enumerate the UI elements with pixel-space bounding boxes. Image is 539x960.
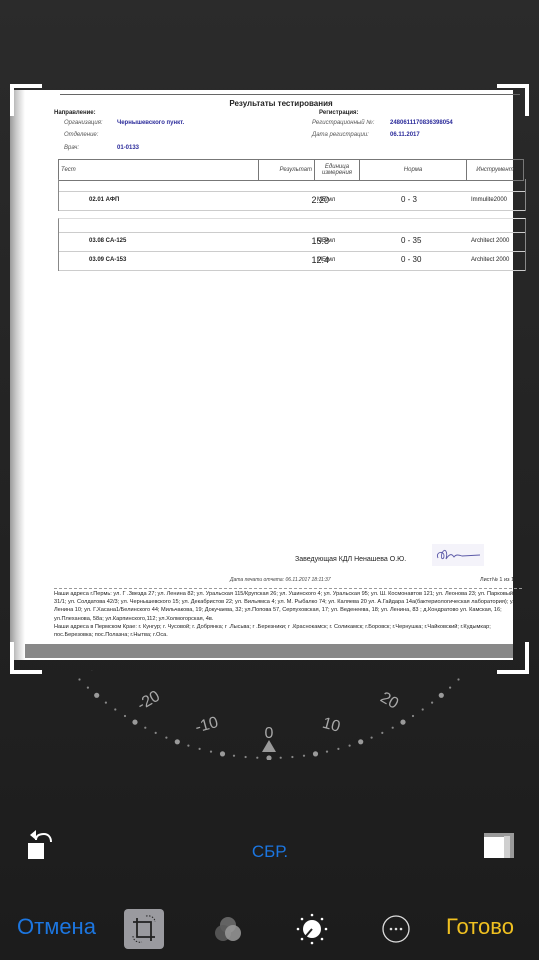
col-unit: Единица измерения <box>315 160 360 181</box>
test-unit: МЕ/мл <box>317 238 335 244</box>
rotate-icon <box>26 830 56 862</box>
table-row: 03.09 CA-153 12.4 МЕ/мл 0 - 30 Architect… <box>59 252 525 271</box>
table-row: 03.08 CA-125 15.8 МЕ/мл 0 - 35 Architect… <box>59 233 525 252</box>
crop-handle-top-left[interactable] <box>10 84 42 116</box>
test-instrument: Architect 2000 <box>471 257 509 263</box>
document-photo: Результаты тестирования Направление: Орг… <box>25 90 513 660</box>
test-norm: 0 - 30 <box>401 255 421 264</box>
referral-heading: Направление: <box>54 110 96 116</box>
svg-text:0: 0 <box>265 725 274 742</box>
signature-line: Заведующая КДЛ Ненашева О.Ю. <box>295 556 406 563</box>
group-spacer <box>59 219 525 233</box>
test-norm: 0 - 35 <box>401 236 421 245</box>
result-group: 03.08 CA-125 15.8 МЕ/мл 0 - 35 Architect… <box>58 218 526 271</box>
reg-number-value: 2480611170836398054 <box>390 120 453 126</box>
test-unit: МЕ/мл <box>317 197 335 203</box>
photo-edge <box>10 90 25 660</box>
svg-text:-10: -10 <box>193 714 220 736</box>
crop-handle-top-right[interactable] <box>497 84 529 116</box>
straighten-dial[interactable]: -30-20-100102030 <box>0 670 539 760</box>
reg-date-value: 06.11.2017 <box>390 132 420 138</box>
crop-rotate-icon <box>124 909 164 949</box>
print-date: Дата печати отчета: 06.11.2017 18:11:37 <box>230 577 331 583</box>
addresses-perm: Наши адреса г.Пермь: ул. Г .Звезда 27; у… <box>54 590 522 623</box>
col-instrument: Инструмент <box>467 160 524 181</box>
test-unit: МЕ/мл <box>317 257 335 263</box>
report-title: Результаты тестирования <box>42 99 520 108</box>
results-table-header: Тест Результат Единица измерения Норма И… <box>58 159 524 181</box>
col-test: Тест <box>59 160 259 181</box>
department-label: Отделение: <box>64 132 98 138</box>
top-rule <box>60 94 520 95</box>
col-result: Результат <box>259 160 315 181</box>
doctor-value: 01-0133 <box>117 145 139 151</box>
sheet-number: Лист№ 1 из 1 <box>480 577 514 583</box>
reg-number-label: Регистрационный №: <box>312 120 374 126</box>
done-button[interactable]: Готово <box>446 914 514 940</box>
organization-value: Чернышевского пункт. <box>117 120 184 126</box>
adjust-button[interactable] <box>292 909 332 949</box>
svg-text:10: 10 <box>320 715 342 736</box>
test-name: 03.09 CA-153 <box>89 257 126 263</box>
svg-text:20: 20 <box>377 689 401 713</box>
svg-text:-30: -30 <box>85 670 113 676</box>
svg-text:-20: -20 <box>134 688 163 714</box>
svg-text:30: 30 <box>427 670 452 675</box>
signature-mark <box>432 544 484 566</box>
adjust-icon <box>292 909 332 949</box>
aspect-ratio-button[interactable] <box>482 833 516 858</box>
crop-tool-button[interactable] <box>124 909 164 949</box>
addresses-region: Наши адреса в Пермском Крае: г. Кунгур; … <box>54 623 522 639</box>
table-row: 02.01 АФП 2.20 МЕ/мл 0 - 3 Immulite2000 <box>59 192 525 211</box>
addresses: Наши адреса г.Пермь: ул. Г .Звезда 27; у… <box>54 588 522 639</box>
registration-heading: Регистрация: <box>319 110 359 116</box>
test-instrument: Immulite2000 <box>471 197 507 203</box>
reg-date-label: Дата регистрации: <box>312 132 369 138</box>
col-norm: Норма <box>360 160 467 181</box>
test-norm: 0 - 3 <box>401 195 417 204</box>
test-name: 03.08 CA-125 <box>89 238 126 244</box>
test-name: 02.01 АФП <box>89 197 119 203</box>
rotate-button[interactable] <box>26 830 56 862</box>
test-instrument: Architect 2000 <box>471 238 509 244</box>
crop-frame[interactable]: Результаты тестирования Направление: Орг… <box>10 84 529 674</box>
photo-edge-bottom <box>25 644 513 658</box>
dial-scale[interactable]: -30-20-100102030 <box>0 670 539 760</box>
more-icon <box>376 909 416 949</box>
reset-button[interactable]: СБР. <box>235 842 305 862</box>
group-spacer <box>59 179 525 192</box>
filters-icon <box>208 909 248 949</box>
doctor-label: Врач: <box>64 145 79 151</box>
filters-button[interactable] <box>208 909 248 949</box>
organization-label: Организация: <box>64 120 103 126</box>
more-button[interactable] <box>376 909 416 949</box>
result-group: 02.01 АФП 2.20 МЕ/мл 0 - 3 Immulite2000 <box>58 179 526 211</box>
aspect-ratio-icon <box>482 833 516 858</box>
cancel-button[interactable]: Отмена <box>17 914 96 940</box>
